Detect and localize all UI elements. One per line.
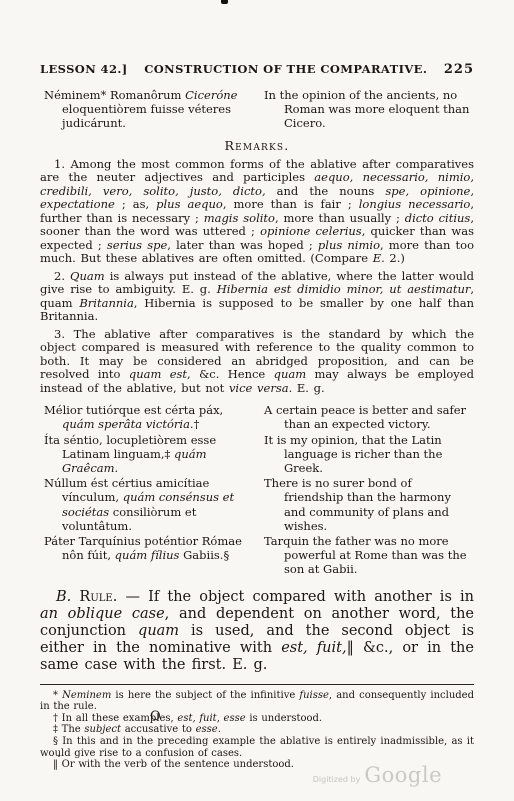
text-segment: * (53, 690, 62, 701)
text-segment: fuisse (299, 690, 329, 701)
text-segment: , later than was hoped ; (167, 238, 318, 252)
text-segment: Britannia (79, 296, 133, 310)
text-segment: B. (56, 589, 71, 605)
text-segment: Neminem (62, 690, 111, 701)
text-segment: Néminem* Romanôrum (44, 88, 185, 102)
text-segment: Hibernia est dimidio minor, ut aestimatu… (217, 282, 471, 296)
text-segment: , more than is fair ; (223, 197, 359, 211)
text-segment: est, fuit, (281, 640, 346, 656)
text-segment: opinione celerius (260, 224, 362, 238)
text-segment: eloquentiòrem fuisse véteres judicárunt. (62, 102, 231, 130)
rule-paragraph: B. Rule. — If the object compared with a… (40, 589, 474, 674)
text-segment: , &c. Hence (187, 367, 274, 381)
text-segment: Gabiis.§ (179, 548, 229, 562)
example-row: Páter Tarquínius poténtior Rómae nôn fúi… (40, 534, 474, 577)
book-page-scan: LESSON 42.] CONSTRUCTION OF THE COMPARAT… (0, 0, 514, 801)
english-translation: Tarquin the father was no more powerful … (264, 534, 474, 577)
watermark-brand: Google (364, 763, 442, 787)
watermark-prefix: Digitized by (313, 775, 361, 784)
text-segment: Rule. (79, 589, 117, 605)
english-translation: It is my opinion, that the Latin languag… (264, 433, 474, 476)
latin-example: Néminem* Romanôrum Ciceróne eloquentiòre… (40, 88, 264, 131)
latin-example: Mélior tutiórque est cérta páx, quám spe… (40, 403, 264, 431)
text-segment: magis solito (204, 211, 275, 225)
text-segment: quám sperâta victória. (62, 417, 194, 431)
text-segment: — If the object compared with another is… (117, 589, 474, 605)
header-lesson-label: LESSON 42.] (40, 62, 128, 76)
text-segment: quám fílius (115, 548, 180, 562)
footnote-section: § In this and in the preceding example t… (40, 736, 474, 759)
footnote-dagger: † In all these examples, est, fuit, esse… (40, 713, 474, 725)
text-segment: . E. g. (289, 381, 325, 395)
remark-paragraph-3: 3. The ablative after comparatives is th… (40, 328, 474, 396)
text-segment: Quam (70, 269, 105, 283)
scan-artifact-top (221, 0, 228, 4)
latin-example: Íta séntio, locupletiòrem esse Latinam l… (40, 433, 264, 476)
text-segment: est, fuit, esse (177, 713, 245, 724)
text-segment: is understood. (246, 713, 322, 724)
footnote-divider (40, 684, 474, 685)
top-example-row: Néminem* Romanôrum Ciceróne eloquentiòre… (40, 88, 474, 131)
text-segment: quam (274, 367, 307, 381)
text-segment: ; as, (115, 197, 156, 211)
text-segment: § In this and in the preceding example t… (40, 736, 474, 759)
text-segment: E. (373, 251, 385, 265)
page-content: LESSON 42.] CONSTRUCTION OF THE COMPARAT… (40, 62, 474, 771)
text-segment: serius spe (107, 238, 167, 252)
header-page-number: 225 (444, 62, 474, 77)
text-segment: ‖ Or with the verb of the sentence under… (53, 759, 294, 770)
text-segment: vice versa (229, 381, 289, 395)
english-translation: There is no surer bond of friendship tha… (264, 476, 474, 533)
remark-paragraph-2: 2. Quam is always put instead of the abl… (40, 270, 474, 324)
english-translation: In the opinion of the ancients, no Roman… (264, 88, 474, 131)
text-segment: Ciceróne (185, 88, 237, 102)
text-segment: , more than usually ; (275, 211, 405, 225)
text-segment: longius necessario (359, 197, 471, 211)
remarks-heading: Remarks. (40, 138, 474, 153)
text-segment: esse (196, 724, 218, 735)
text-segment: and the nouns (266, 184, 386, 198)
text-segment: ‡ The (53, 724, 84, 735)
header-running-title: CONSTRUCTION OF THE COMPARATIVE. (144, 62, 427, 76)
text-segment: dicto citius (405, 211, 471, 225)
examples-block: Mélior tutiórque est cérta páx, quám spe… (40, 403, 474, 576)
example-row: Mélior tutiórque est cérta páx, quám spe… (40, 403, 474, 431)
text-segment: plus aequo (156, 197, 223, 211)
text-segment: is here the subject of the infinitive (111, 690, 299, 701)
latin-example: Núllum ést cértius amicítiae vínculum, q… (40, 476, 264, 533)
footnote-asterisk: * Neminem is here the subject of the inf… (40, 690, 474, 713)
text-segment: quam est (129, 367, 187, 381)
text-segment: an oblique case (40, 606, 165, 622)
example-row: Íta séntio, locupletiòrem esse Latinam l… (40, 433, 474, 476)
remark-paragraph-1: 1. Among the most common forms of the ab… (40, 158, 474, 266)
text-segment: . (218, 724, 221, 735)
latin-example: Páter Tarquínius poténtior Rómae nôn fúi… (40, 534, 264, 577)
text-segment: 2.) (385, 251, 405, 265)
signature-mark: O (150, 709, 161, 724)
text-segment: 2. (54, 269, 70, 283)
google-watermark: Digitized by Google (313, 763, 442, 787)
english-translation: A certain peace is better and safer than… (264, 403, 474, 431)
text-segment: Mélior tutiórque est cérta páx, (44, 403, 223, 417)
page-header: LESSON 42.] CONSTRUCTION OF THE COMPARAT… (40, 62, 474, 77)
text-segment: † (194, 417, 200, 431)
example-row: Núllum ést cértius amicítiae vínculum, q… (40, 476, 474, 533)
text-segment: accusative to (121, 724, 196, 735)
text-segment: quam (138, 623, 179, 639)
text-segment: subject (84, 724, 121, 735)
text-segment: plus nimio (318, 238, 380, 252)
footnote-double-dagger: ‡ The subject accusative to esse. (40, 724, 474, 736)
